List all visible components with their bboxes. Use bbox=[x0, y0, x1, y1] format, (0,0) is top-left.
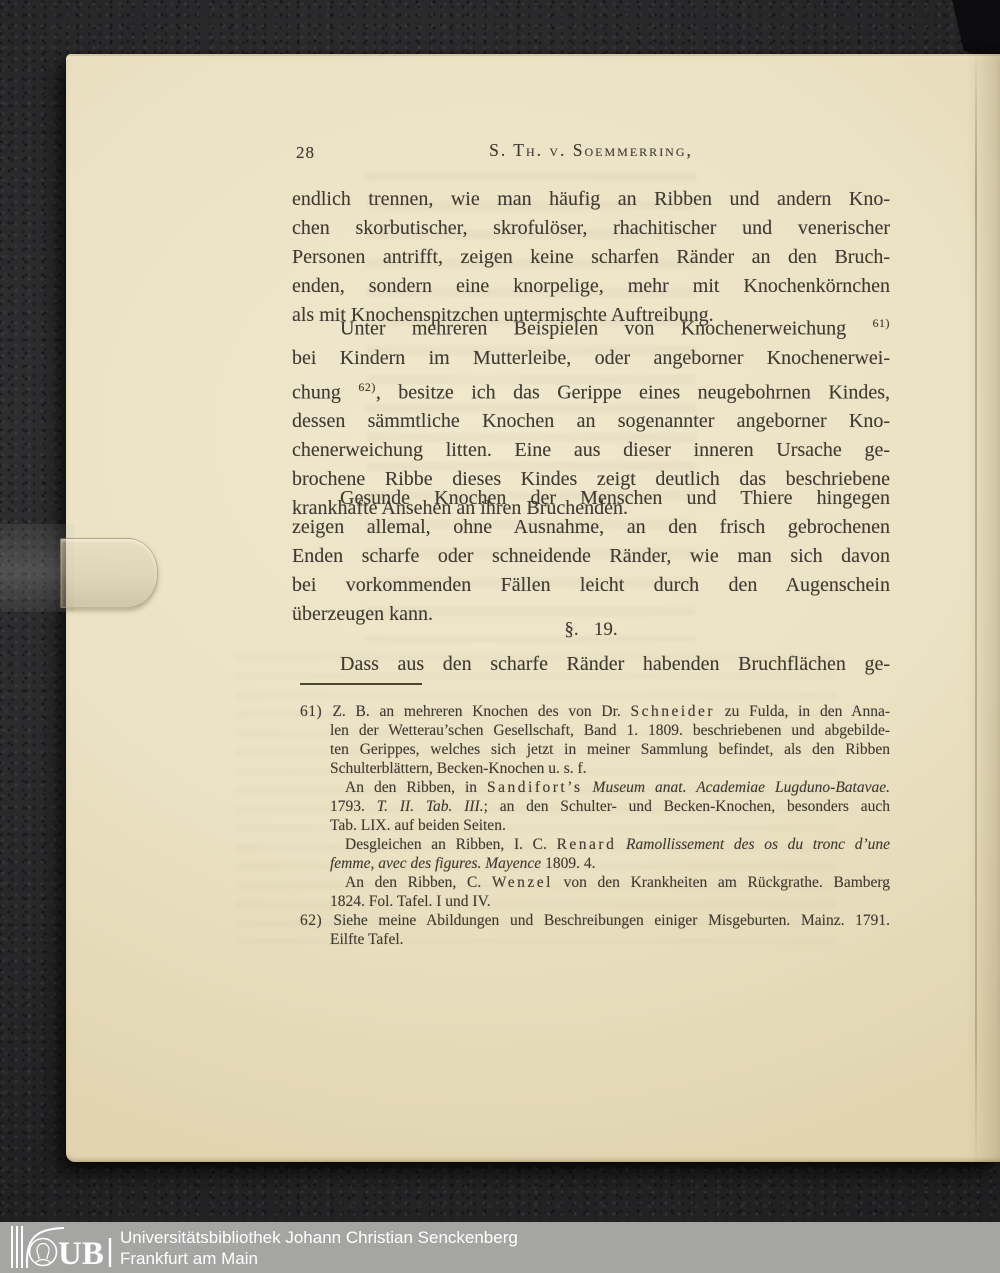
footnotes: 61) Z. B. an mehreren Knochen des von Dr… bbox=[300, 702, 890, 949]
footnote-line: 62) Siehe meine Abildungen und Beschreib… bbox=[300, 911, 890, 930]
footnote-line: 1824. Fol. Tafel. I und IV. bbox=[300, 892, 890, 911]
text-line: dessen sämmtliche Knochen an sogenannter… bbox=[292, 407, 890, 436]
page-header: 28 S. Th. v. Soemmerring, bbox=[292, 140, 890, 166]
text-line: endlich trennen, wie man häufig an Ribbe… bbox=[292, 185, 890, 214]
page-clip bbox=[60, 538, 158, 608]
text-line: Unter mehreren Beispielen von Knochenerw… bbox=[292, 309, 890, 344]
footnote-line: Schulterblättern, Becken-Knochen u. s. f… bbox=[300, 759, 890, 778]
text-line: chenerweichung litten. Eine aus dieser i… bbox=[292, 436, 890, 465]
text-line: Gesunde Knochen der Menschen und Thiere … bbox=[292, 484, 890, 513]
ub-logo-text: UB bbox=[58, 1236, 104, 1269]
text-line: Personen antrifft, zeigen keine scharfen… bbox=[292, 243, 890, 272]
page-gutter-shading bbox=[966, 54, 1000, 1162]
library-footer-bar: UB Universitätsbibliothek Johann Christi… bbox=[0, 1222, 1000, 1273]
footnote-line: ten Gerippes, welches sich jetzt in mein… bbox=[300, 740, 890, 759]
text-line: chen skorbutischer, skrofulöser, rhachit… bbox=[292, 214, 890, 243]
text-line: enden, sondern eine knorpelige, mehr mit… bbox=[292, 272, 890, 301]
ub-library-logo-icon: UB bbox=[10, 1225, 114, 1269]
library-caption: Universitätsbibliothek Johann Christian … bbox=[120, 1227, 518, 1269]
text-line: chung 62), besitze ich das Gerippe eines… bbox=[292, 373, 890, 408]
text-line: bei Kindern im Mutterleibe, oder angebor… bbox=[292, 344, 890, 373]
scanned-page: 28 S. Th. v. Soemmerring, endlich trenne… bbox=[66, 54, 1000, 1162]
text-line: Dass aus den scharfe Ränder habenden Bru… bbox=[292, 650, 890, 679]
text-line: Enden scharfe oder schneidende Ränder, w… bbox=[292, 542, 890, 571]
footnote-line: Eilfte Tafel. bbox=[300, 930, 890, 949]
paragraph: Gesunde Knochen der Menschen und Thiere … bbox=[292, 484, 890, 629]
footnote-line: femme, avec des figures. Mayence 1809. 4… bbox=[300, 854, 890, 873]
section-heading: §. 19. bbox=[292, 619, 890, 641]
page-fold-line bbox=[975, 58, 977, 1158]
footnote-line: 1793. T. II. Tab. III.; an den Schulter-… bbox=[300, 797, 890, 816]
footnote-line: 61) Z. B. an mehreren Knochen des von Dr… bbox=[300, 702, 890, 721]
footnote-separator-rule bbox=[300, 683, 422, 685]
footnote-line: An den Ribben, C. Wenzel von den Krankhe… bbox=[300, 873, 890, 892]
footnote-line: An den Ribben, in Sandifort’s Museum ana… bbox=[300, 778, 890, 797]
footnote-line: len der Wetterau’schen Gesellschaft, Ban… bbox=[300, 721, 890, 740]
running-head: S. Th. v. Soemmerring, bbox=[292, 140, 890, 161]
paragraph: Dass aus den scharfe Ränder habenden Bru… bbox=[292, 650, 890, 679]
page-top-edge bbox=[66, 54, 1000, 63]
footnote-line: Tab. LIX. auf beiden Seiten. bbox=[300, 816, 890, 835]
library-city: Frankfurt am Main bbox=[120, 1248, 518, 1269]
footnote-line: Desgleichen an Ribben, I. C. Renard Ramo… bbox=[300, 835, 890, 854]
text-line: bei vorkommenden Fällen leicht durch den… bbox=[292, 571, 890, 600]
library-name: Universitätsbibliothek Johann Christian … bbox=[120, 1227, 518, 1248]
text-line: zeigen allemal, ohne Ausnahme, an den fr… bbox=[292, 513, 890, 542]
